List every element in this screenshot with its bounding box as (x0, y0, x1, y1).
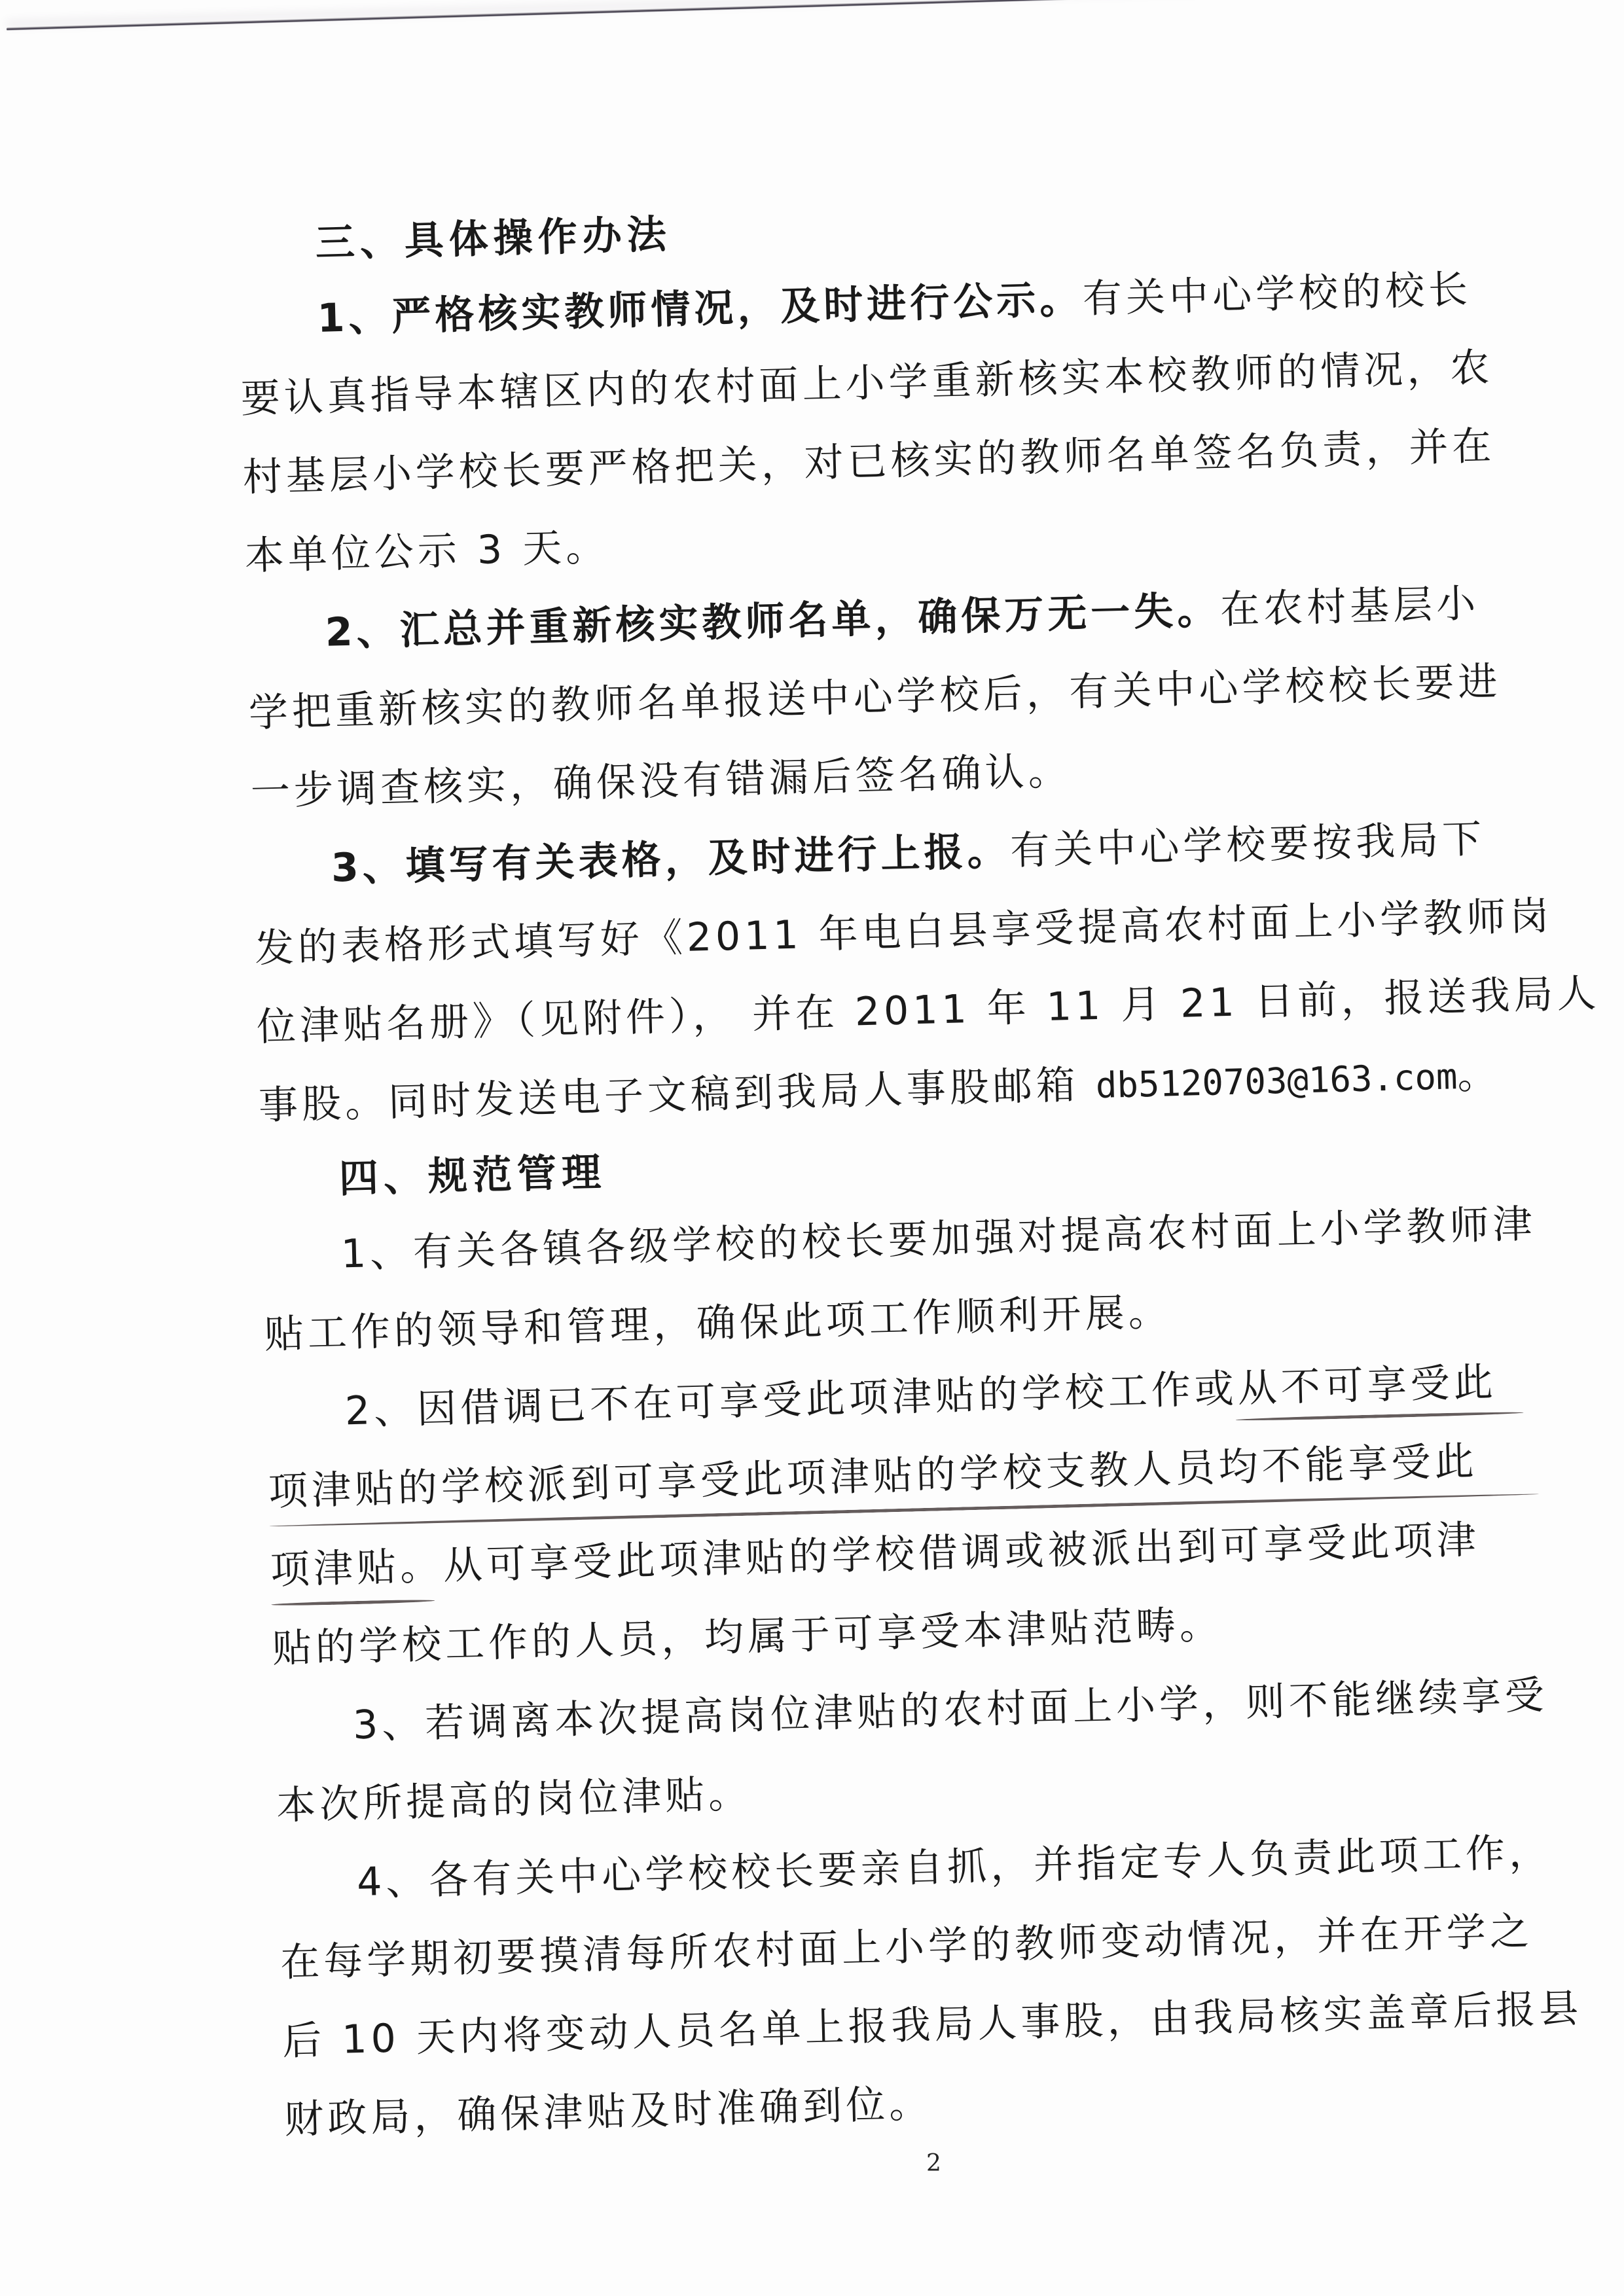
paragraph-lead: 2、汇总并重新核实教师名单，确保万无一失。 (325, 587, 1221, 656)
paragraph-text: 事股。同时发送电子文稿到我局人事股邮箱 (258, 1062, 1096, 1128)
page-number: 2 (926, 2150, 941, 2177)
paragraph-lead: 3、填写有关表格，及时进行上报。 (331, 828, 1011, 891)
paragraph-4-2-line-1: 2、因借调已不在可享受此项津贴的学校工作或从不可享受此 (344, 1359, 1497, 1435)
paragraph-3-1-line-4: 本单位公示 3 天。 (244, 524, 609, 579)
paragraph-4-1-line-2: 贴工作的领导和管理，确保此项工作顺利开展。 (264, 1289, 1172, 1357)
paragraph-4-4-line-4: 财政局，确保津贴及时准确到位。 (284, 2081, 933, 2143)
email-address: db5120703@163.com (1095, 1056, 1458, 1106)
paragraph-4-1-line-1: 1、有关各镇各级学校的校长要加强对提高农村面上小学教师津 (340, 1201, 1536, 1277)
paragraph-text: 。 (1456, 1052, 1501, 1099)
paragraph-4-4-line-1: 4、各有关中心学校校长要亲自抓，并指定专人负责此项工作， (356, 1829, 1552, 1905)
paragraph-lead: 1、严格核实教师情况，及时进行公示。 (317, 276, 1083, 342)
paragraph-3-1-line-2: 要认真指导本辖区内的农村面上小学重新核实本校教师的情况，农 (240, 344, 1494, 422)
paragraph-3-2-line-3: 一步调查核实，确保没有错漏后签名确认。 (250, 748, 1072, 815)
scanned-document-page: 三、具体操作办法 1、严格核实教师情况，及时进行公示。有关中心学校的校长 要认真… (0, 0, 1624, 2296)
paragraph-text: 有关中心学校的校长 (1082, 266, 1472, 322)
paragraph-4-2-line-3: 项津贴。从可享受此项津贴的学校借调或被派出到可享受此项津 (270, 1517, 1480, 1594)
handwritten-underline (271, 1599, 435, 1606)
paragraph-4-4-line-2: 在每学期初要摸清每所农村面上小学的教师变动情况，并在开学之 (280, 1909, 1533, 1986)
paragraph-4-2-line-4: 贴的学校工作的人员，均属于可享受本津贴范畴。 (272, 1602, 1223, 1672)
paragraph-text: 在农村基层小 (1219, 581, 1480, 633)
handwritten-underline (1236, 1411, 1524, 1422)
document-body: 三、具体操作办法 1、严格核实教师情况，及时进行公示。有关中心学校的校长 要认真… (236, 164, 1531, 196)
paragraph-3-2-line-1: 2、汇总并重新核实教师名单，确保万无一失。在农村基层小 (325, 581, 1480, 656)
paragraph-3-3-line-4: 事股。同时发送电子文稿到我局人事股邮箱 db5120703@163.com。 (258, 1052, 1501, 1130)
paragraph-4-3-line-2: 本次所提高的岗位津贴。 (276, 1771, 752, 1829)
scanner-edge-line (7, 0, 1485, 31)
paragraph-3-1-line-1: 1、严格核实教师情况，及时进行公示。有关中心学校的校长 (317, 266, 1472, 342)
paragraph-3-3-line-1: 3、填写有关表格，及时进行上报。有关中心学校要按我局下 (331, 816, 1486, 891)
paragraph-4-2-line-2: 项津贴的学校派到可享受此项津贴的学校支教人员均不能享受此 (268, 1439, 1478, 1515)
paragraph-3-1-line-3: 村基层小学校长要严格把关，对已核实的教师名单签名负责，并在 (242, 423, 1496, 500)
section-heading-3: 三、具体操作办法 (315, 211, 672, 266)
paragraph-3-3-line-3: 位津贴名册》（见附件）， 并在 2011 年 11 月 21 日前，报送我局人 (256, 971, 1600, 1050)
paragraph-4-3-line-1: 3、若调离本次提高岗位津贴的农村面上小学，则不能继续享受 (352, 1672, 1548, 1748)
paragraph-3-3-line-2: 发的表格形式填写好《2011 年电白县享受提高农村面上小学教师岗 (254, 893, 1553, 971)
section-heading-4: 四、规范管理 (338, 1149, 607, 1202)
paragraph-text: 有关中心学校要按我局下 (1010, 816, 1487, 874)
paragraph-3-2-line-2: 学把重新核实的教师名单报送中心学校后，有关中心学校校长要进 (248, 658, 1502, 736)
paragraph-4-4-line-3: 后 10 天内将变动人员名单上报我局人事股，由我局核实盖章后报县 (281, 1986, 1583, 2064)
